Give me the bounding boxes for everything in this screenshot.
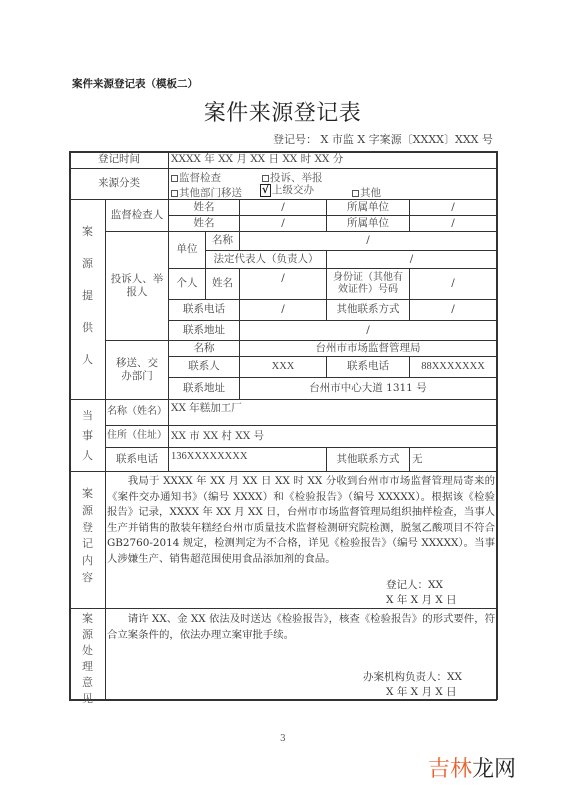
complainant-label: 投诉人、举报人: [106, 232, 168, 340]
complainant-unit-label: 单位: [169, 232, 205, 268]
registration-content-text[interactable]: 我局于 XXXX 年 XX 月 XX 日 XX 时 XX 分收到台州市市场监督管…: [107, 474, 495, 567]
option-other-dept-transfer[interactable]: 其他部门移送: [171, 185, 242, 200]
handling-opinion-text[interactable]: 请许 XX、金 XX 依法及时送达《检验报告》，核查《检验报告》的形式要件，符合…: [107, 612, 495, 643]
registration-content-label: 案 源 登 记 内 容: [70, 485, 105, 585]
legal-rep-label: 法定代表人（负责人）: [206, 251, 326, 268]
page-number: 3: [280, 734, 286, 744]
reg-time-label: 登记时间: [70, 152, 168, 168]
form-subtitle: 案件来源登记表（模板二）: [72, 76, 198, 91]
transfer-dept-label: 移送、交办部门: [106, 341, 168, 399]
complainant-address-label: 联系地址: [169, 321, 239, 340]
party-name-value[interactable]: XX 年糕加工厂: [169, 400, 496, 425]
inspector-2-unit-label: 所属单位: [327, 216, 409, 231]
inspector-2-name-value[interactable]: /: [240, 216, 326, 231]
reg-time-value[interactable]: XXXX 年 XX 月 XX 日 XX 时 XX 分: [169, 152, 495, 168]
page-title: 案件来源登记表: [0, 96, 565, 127]
party-address-value[interactable]: XX 市 XX 村 XX 号: [169, 426, 496, 447]
option-superior-assigned[interactable]: √上级交办: [260, 182, 314, 197]
responsible-person-signature: 办案机构负责人：XX: [363, 669, 462, 684]
registration-date: X 年 X 月 X 日: [386, 592, 457, 607]
unit-name-label: 名称: [206, 232, 239, 250]
party-name-label: 名称（姓名）: [106, 400, 168, 425]
checkbox-checked-icon[interactable]: √: [260, 184, 271, 197]
inspector-2-unit-value[interactable]: /: [410, 216, 496, 231]
option-supervision-inspection[interactable]: 监督检查: [171, 170, 221, 185]
checkbox-unchecked-icon[interactable]: [171, 190, 178, 197]
party-address-label: 住所（住址）: [106, 426, 168, 447]
checkbox-unchecked-icon[interactable]: [262, 175, 269, 182]
source-type-label: 来源分类: [70, 169, 168, 199]
complainant-address-value[interactable]: /: [240, 321, 496, 340]
transfer-phone-label: 联系电话: [327, 357, 409, 377]
inspector-1-name-label: 姓名: [169, 200, 239, 215]
complainant-other-contact-label: 其他联系方式: [327, 300, 409, 320]
handling-opinion-label: 案 源 处 理 意 见: [70, 610, 105, 698]
table-border-bottom: [69, 699, 497, 701]
individual-name-label: 姓名: [206, 269, 239, 299]
party-phone-label: 联系电话: [106, 448, 168, 471]
watermark-logo: 吉林龙网: [428, 752, 516, 783]
registrar-signature: 登记人：XX: [386, 577, 443, 592]
handling-date: X 年 X 月 X 日: [386, 684, 457, 699]
complainant-phone-label: 联系电话: [169, 300, 239, 320]
party-other-contact-label: 其他联系方式: [327, 448, 409, 471]
transfer-contact-value[interactable]: XXX: [240, 357, 326, 377]
complainant-other-contact-value[interactable]: /: [410, 300, 496, 320]
transfer-address-label: 联系地址: [169, 378, 239, 399]
transfer-phone-value[interactable]: 88XXXXXXX: [410, 357, 496, 377]
transfer-contact-label: 联系人: [169, 357, 239, 377]
transfer-address-value[interactable]: 台州市中心大道 1311 号: [240, 378, 496, 399]
transfer-name-value[interactable]: 台州市市场监督管理局: [240, 341, 496, 356]
individual-label: 个人: [169, 269, 205, 299]
legal-rep-value[interactable]: /: [327, 251, 496, 268]
complainant-phone-value[interactable]: /: [240, 300, 326, 320]
id-number-label: 身份证（其他有效证件）号码: [329, 269, 407, 299]
inspector-1-unit-value[interactable]: /: [410, 200, 496, 215]
party-label: 当 事 人: [70, 405, 105, 465]
source-provider-label: 案 源 提 供 人: [70, 215, 105, 375]
party-phone-value[interactable]: 136XXXXXXXX: [169, 448, 326, 471]
inspector-label: 监督检查人: [106, 200, 168, 231]
checkbox-unchecked-icon[interactable]: [171, 175, 178, 182]
party-other-contact-value[interactable]: 无: [410, 448, 496, 471]
transfer-name-label: 名称: [169, 341, 239, 356]
inspector-1-name-value[interactable]: /: [240, 200, 326, 215]
registration-number: 登记号： X 市监 X 字案源〔XXXX〕XXX 号: [273, 131, 493, 147]
individual-name-value[interactable]: /: [240, 269, 326, 299]
unit-name-value[interactable]: /: [240, 232, 496, 250]
inspector-2-name-label: 姓名: [169, 216, 239, 231]
inspector-1-unit-label: 所属单位: [327, 200, 409, 215]
id-number-value[interactable]: /: [410, 269, 496, 299]
checkbox-unchecked-icon[interactable]: [352, 190, 359, 197]
option-other[interactable]: 其他: [352, 185, 381, 200]
